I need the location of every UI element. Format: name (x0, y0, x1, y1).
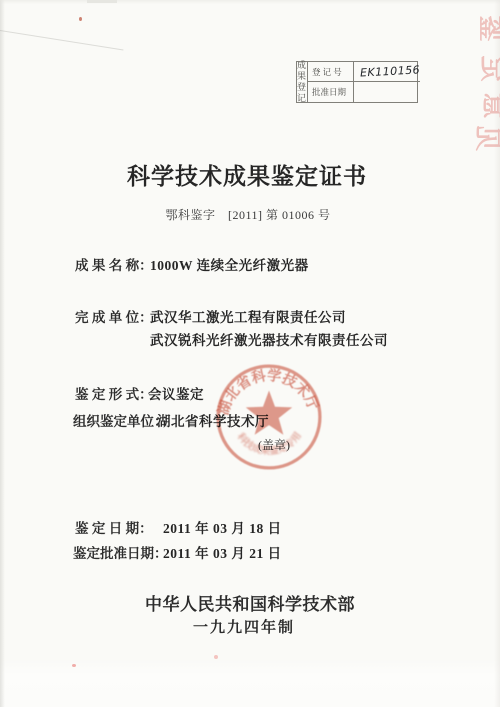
approval-date-value (354, 82, 420, 102)
registration-side-label-line1: 成果 (297, 60, 307, 82)
bleedthrough-char: 定 (476, 55, 500, 81)
official-seal: 湖北省科学技术厅 科技成果鉴定专用 (213, 361, 325, 473)
handwritten-registration-number: EK110156 (358, 63, 421, 79)
field-label: 鉴 定 形 式： (75, 383, 153, 403)
bleedthrough-char: 鉴 (474, 15, 500, 41)
ink-speck (72, 664, 76, 667)
field-value-line2: 武汉锐科光纤激光器技术有限责任公司 (150, 329, 388, 349)
scan-edge-notch (87, 0, 117, 3)
certificate-page: 鉴 定 意 见 成果 登记 登 记 号 EK110156 批准日期 科学技术成果… (0, 0, 500, 707)
field-label: 完 成 单 位： (75, 306, 153, 326)
registration-number-label: 登 记 号 (308, 62, 354, 82)
field-value: 会议鉴定 (148, 383, 204, 403)
ink-speck (79, 17, 82, 21)
field-value: 2011 年 03 月 18 日 (163, 517, 282, 537)
issuing-authority: 中华人民共和国科学技术部 (0, 590, 500, 615)
registration-number-value: EK110156 (354, 62, 420, 82)
registration-side-label-line2: 登记 (297, 82, 307, 104)
field-value: 武汉华工激光工程有限责任公司 (150, 306, 346, 326)
print-year: 一九九四年制 (0, 616, 500, 637)
registration-box-grid: 登 记 号 EK110156 批准日期 (308, 62, 420, 102)
approval-date-label: 批准日期 (308, 82, 354, 102)
field-value: 1000W 连续全光纤激光器 (150, 254, 309, 274)
document-number: 鄂科鉴字 [2011] 第 01006 号 (0, 206, 500, 223)
field-label: 成 果 名 称： (75, 254, 153, 274)
bleedthrough-char: 意 (478, 92, 500, 118)
field-value: 2011 年 03 月 21 日 (163, 542, 282, 562)
bleedthrough-char: 见 (471, 125, 500, 151)
certificate-title: 科学技术成果鉴定证书 (0, 158, 500, 191)
field-label: 组织鉴定单位： (73, 410, 168, 430)
field-label: 鉴定批准日期： (73, 542, 168, 562)
seal-bottom-text: 科技成果鉴定专用 (234, 430, 304, 458)
ink-speck (214, 655, 218, 659)
registration-box-side-label: 成果 登记 (297, 62, 308, 102)
seal-star-icon (246, 391, 292, 435)
svg-text:科技成果鉴定专用: 科技成果鉴定专用 (234, 430, 304, 458)
scan-crease-line (0, 30, 123, 51)
registration-box: 成果 登记 登 记 号 EK110156 批准日期 (296, 61, 418, 103)
field-label: 鉴 定 日 期： (75, 517, 153, 537)
